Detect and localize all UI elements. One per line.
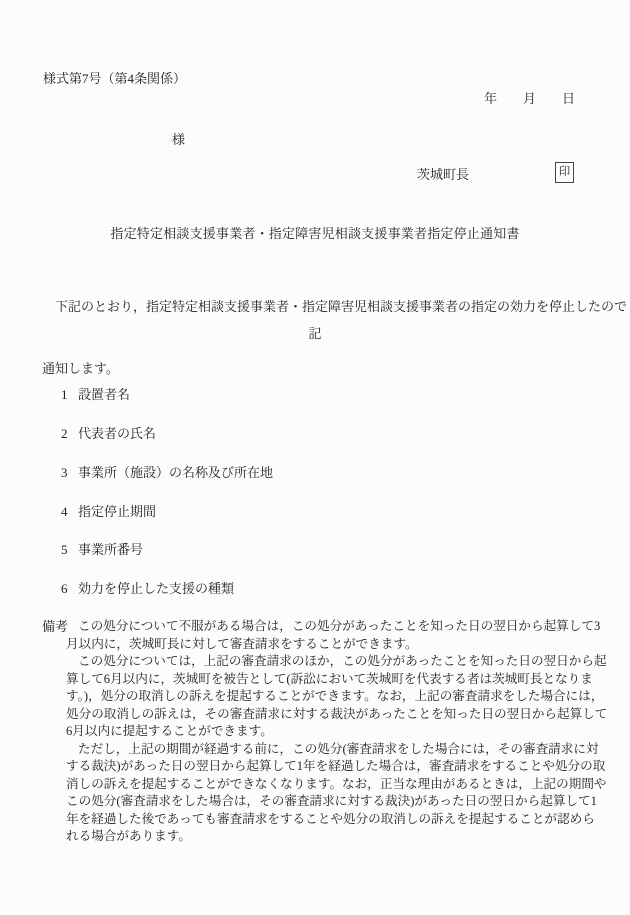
item-label: 代表者の氏名: [78, 426, 156, 441]
item-label: 事業所（施設）の名称及び所在地: [78, 465, 273, 480]
remarks-line: 6月以内に提起することができます。: [66, 723, 606, 741]
record-marker: 記: [0, 325, 630, 342]
date-line: 年 月 日: [484, 90, 575, 107]
remarks-line: す。)，処分の取消しの訴えを提起することができます。なお，上記の審査請求をした場…: [66, 688, 606, 706]
item-label: 指定停止期間: [78, 504, 156, 519]
remarks-line: する裁決)があった日の翌日から起算して1年を経過した場合は，審査請求をすることや…: [66, 758, 606, 776]
item-number: 5: [61, 541, 78, 558]
remarks-label: 備考: [42, 618, 68, 635]
item-label: 設置者名: [78, 387, 130, 402]
remarks-line: この処分(審査請求をした場合は，その審査請求に対する裁決)があった日の翌日から起…: [66, 793, 606, 811]
seal-stamp-label: 印: [559, 166, 571, 178]
issuer-title: 茨城町長: [417, 166, 469, 183]
form-number: 様式第7号（第4条関係）: [43, 70, 186, 87]
remarks-line: 処分の取消しの訴えは，その審査請求に対する裁決があったことを知った日の翌日から起…: [66, 706, 606, 724]
item-label: 効力を停止した支援の種類: [78, 581, 234, 596]
item-number: 1: [61, 386, 78, 403]
addressee-honorific: 様: [172, 131, 185, 148]
remarks-line: れる場合があります。: [66, 828, 606, 846]
item-label: 事業所番号: [78, 542, 143, 557]
remarks-line: ただし，上記の期間が経過する前に，この処分(審査請求をした場合には，その審査請求…: [66, 741, 606, 759]
remarks-line: 算して6月以内に，茨城町を被告として(訴訟において茨城町を代表する者は茨城町長と…: [66, 671, 606, 689]
item-number: 2: [61, 425, 78, 442]
remarks-line: この処分について不服がある場合は，この処分があったことを知った日の翌日から起算し…: [66, 618, 606, 636]
remarks-line: 消しの訴えを提起することができなくなります。なお，正当な理由があるときは，上記の…: [66, 776, 606, 794]
remarks-line: 年を経過した後であっても審査請求をすることや処分の取消しの訴えを提起することが認…: [66, 811, 606, 829]
remarks-line: この処分については，上記の審査請求のほか，この処分があったことを知った日の翌日か…: [66, 653, 606, 671]
remarks-line: 月以内に，茨城町長に対して審査請求をすることができます。: [66, 636, 606, 654]
item-number: 3: [61, 464, 78, 481]
list-item: 6効力を停止した支援の種類: [48, 563, 234, 614]
remarks-block: この処分について不服がある場合は，この処分があったことを知った日の翌日から起算し…: [66, 618, 606, 846]
document-page: 様式第7号（第4条関係） 年 月 日 様 茨城町長 印 指定特定相談支援事業者・…: [0, 0, 630, 915]
seal-stamp-box: 印: [555, 162, 574, 183]
item-number: 4: [61, 503, 78, 520]
document-title: 指定特定相談支援事業者・指定障害児相談支援事業者指定停止通知書: [0, 225, 630, 242]
item-number: 6: [61, 580, 78, 597]
body-line: 下記のとおり，指定特定相談支援事業者・指定障害児相談支援事業者の指定の効力を停止…: [42, 297, 590, 318]
